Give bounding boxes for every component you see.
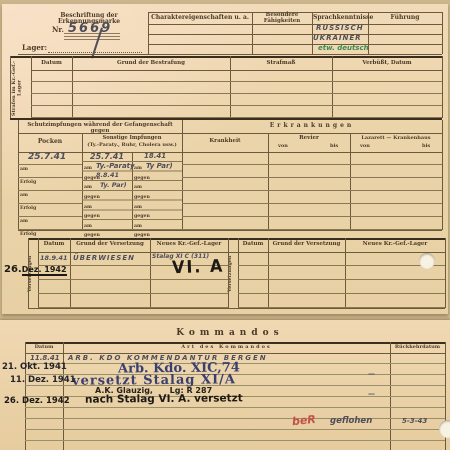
rule-line [18, 133, 182, 134]
kommando-header-return: Rückkehrdatum [390, 345, 445, 350]
transfer-header-reason: Grund der Versetzung [70, 242, 150, 248]
section-border [10, 56, 442, 58]
hole-punch [419, 253, 435, 269]
dotted-line [48, 44, 142, 53]
impf-row-value: 8.8.41 [96, 172, 119, 179]
column-divider [442, 56, 443, 118]
date-stamp-dec-1942: 26. Dez. 1942 [4, 397, 70, 406]
column-header-abilities: Besondere Fähigkeiten [253, 13, 311, 25]
transfer-date-stamp-day: 26. [4, 264, 22, 275]
dash-mark: — [368, 371, 375, 378]
column-divider [10, 56, 11, 118]
section-border [28, 238, 445, 240]
column-divider [445, 238, 446, 308]
red-annotation: beR [291, 414, 316, 427]
rule-line [28, 308, 445, 309]
transfer-header-reason: Grund der Versetzung [268, 242, 345, 248]
section-border [10, 118, 442, 120]
to-label: bis [422, 144, 430, 149]
transfer-date-stamp: 26.Dez. 1942 [4, 265, 67, 275]
kommando-entry-date-1: 11.8.41 [30, 355, 60, 362]
column-divider [148, 12, 149, 54]
rule-line [182, 133, 442, 134]
dash-mark: — [368, 391, 375, 398]
transfer-entry-reason: ÜBERWIESEN [73, 255, 135, 262]
punishments-empty-rows [31, 70, 442, 118]
rule-line [148, 34, 442, 35]
rule-line [18, 54, 442, 55]
tag-number-label: Nr. [52, 26, 64, 33]
impf-row-value: Ty. Par) [100, 182, 127, 189]
impf-row-value: Ty Par) [146, 163, 173, 170]
punishments-side-label: Strafen im Kr.-Gef.-Lager [12, 59, 30, 117]
punish-header-sentence: Strafmaß [230, 61, 332, 67]
column-divider [442, 120, 443, 230]
language-entry-russian: RUSSISCH [316, 25, 364, 32]
transfer-date-stamp-rest: Dez. 1942 [22, 265, 67, 276]
scanned-pow-record: { "top": { "tag_label": "Beschriftung de… [0, 0, 450, 450]
impf-row-value: 18.41 [144, 153, 166, 160]
camp-label: Lager: [22, 44, 47, 51]
rule-line [18, 230, 442, 231]
impf-row-label: Erfolg [20, 232, 36, 237]
impf-row-value: 25.7.41 [90, 153, 124, 161]
illness-empty-rows [182, 152, 442, 230]
illness-header-hospital: Lazarett — Krankenhaus [350, 136, 442, 141]
impf-row-value: Ty.-Paraty [96, 163, 135, 170]
language-entry-ukrainian: UKRAINER [313, 35, 362, 42]
escape-note: geflohen [330, 417, 372, 426]
language-entry-german: etw. deutsch [318, 45, 369, 52]
other-vacc-subheader: (Ty.-Paraty., Ruhr, Cholera usw.) [82, 143, 182, 148]
column-header-languages: Sprachkenntnisse [313, 15, 367, 21]
hole-punch [439, 420, 450, 438]
other-vacc-header: Sonstige Impfungen [82, 136, 182, 141]
smallpox-header: Pocken [18, 139, 82, 145]
transfer-rows-right [238, 252, 445, 308]
transfer-entry-date: 18.9.41 [40, 255, 68, 262]
from-label: von [360, 144, 370, 149]
tag-number-value: 5669 [68, 22, 112, 35]
punish-header-reason: Grund der Bestrafung [72, 61, 230, 67]
rule-line [64, 39, 120, 40]
transfer-header-newcamp: Neues Kr.-Gef.-Lager [345, 242, 445, 248]
transfer-header-newcamp: Neues Kr.-Gef.-Lager [150, 242, 228, 248]
impf-row-value: 25.7.41 [28, 153, 66, 162]
transfer-header-date: Datum [238, 242, 268, 248]
transfer-to-via-stamp: nach Stalag VI. A. versetzt [85, 393, 243, 405]
punish-header-date: Datum [31, 61, 72, 67]
column-divider [442, 12, 443, 54]
illness-header-sickbay: Revier [268, 136, 350, 142]
stalag-via-stamp: VI. A [172, 257, 225, 276]
illness-header-disease: Krankheit [182, 139, 268, 145]
date-stamp-dec-1941: 11. Dez. 1941 [10, 376, 76, 385]
date-stamp-oct-1941: 21. Okt. 1941 [2, 363, 67, 372]
from-label: von [278, 144, 288, 149]
to-label: bis [330, 144, 338, 149]
column-divider [228, 238, 229, 308]
kommandos-title: Kommandos [120, 329, 340, 338]
column-header-conduct: Führung [369, 15, 441, 21]
kommando-header-type: Art des Kommandos [63, 345, 390, 350]
return-date-note: 5-3-43 [402, 418, 427, 425]
transfers-side-label-right: Versetzungen [228, 241, 238, 307]
rule-line [64, 36, 120, 37]
illness-title: Erkrankungen [182, 123, 442, 129]
column-header-character: Charaktereigenschaften u. a. [150, 15, 250, 21]
rule-line [148, 44, 442, 45]
punish-header-served: Verbüßt, Datum [332, 61, 442, 67]
transfer-header-date: Datum [38, 242, 70, 248]
kommando-header-date: Datum [25, 345, 63, 350]
